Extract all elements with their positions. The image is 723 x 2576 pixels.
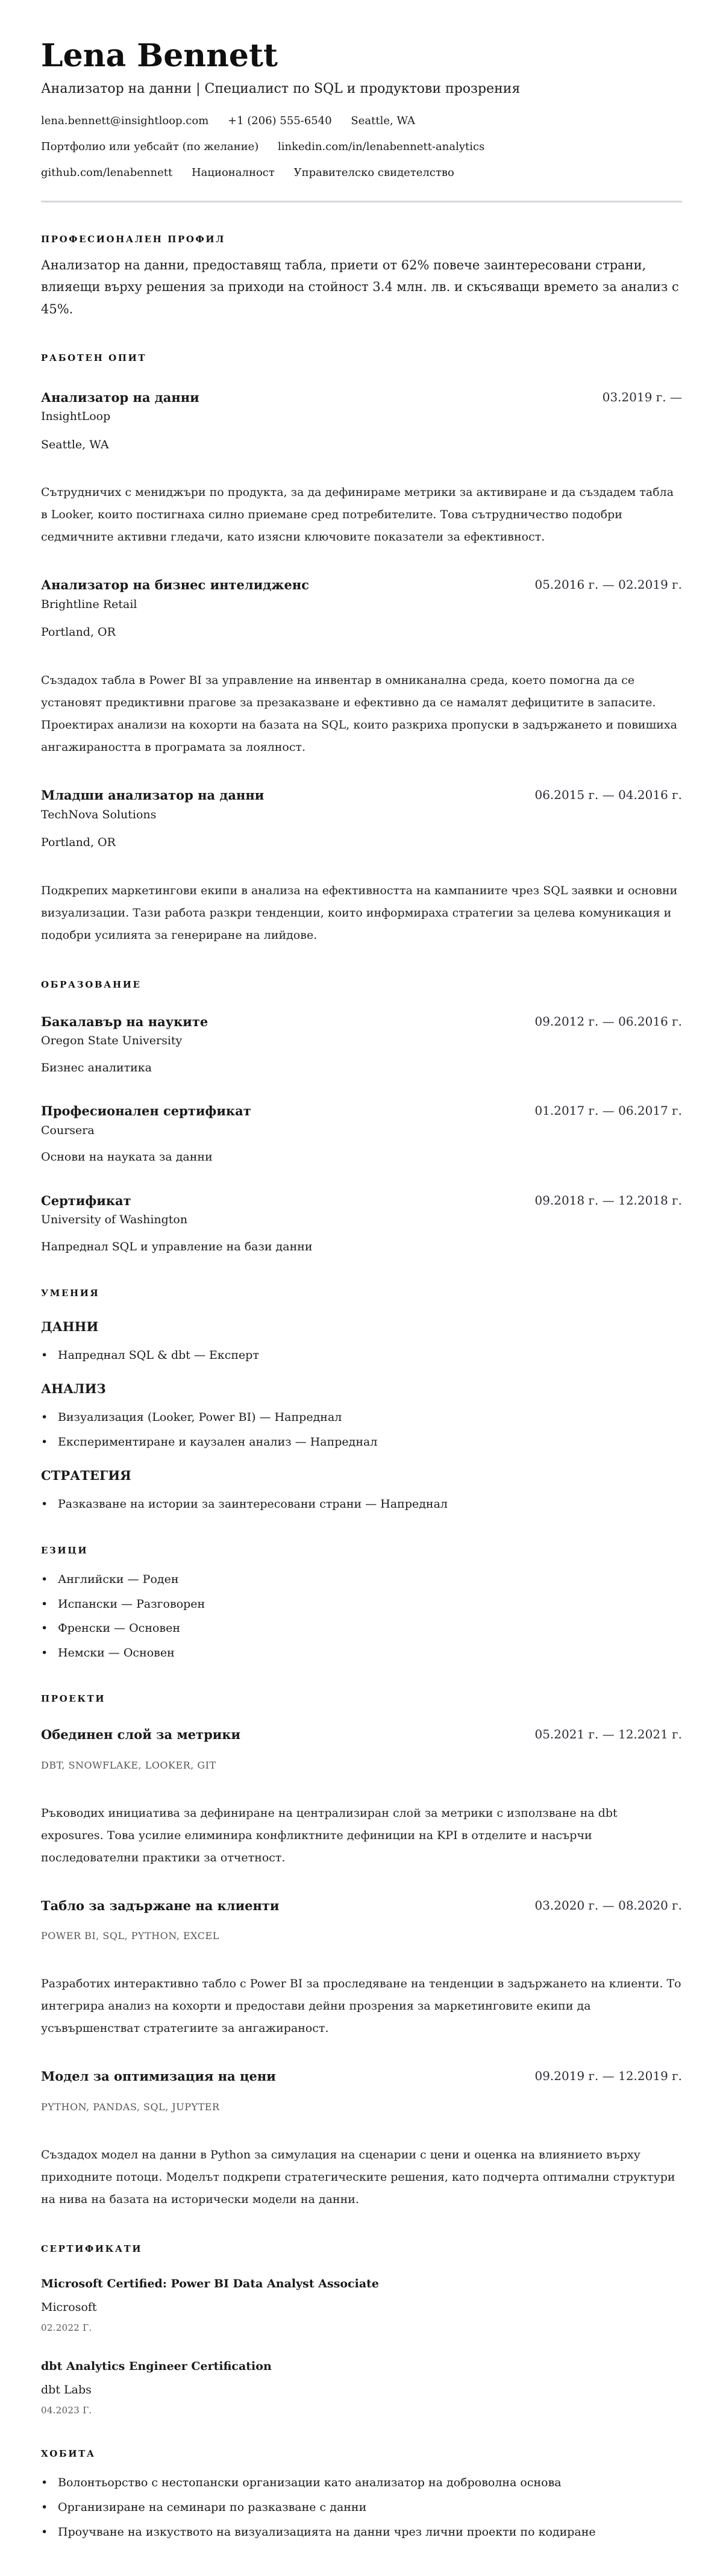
experience-entry: Младши анализатор на данни 06.2015 г. — … [41,786,682,947]
portfolio-link[interactable]: Портфолио или уебсайт (по желание) [41,140,258,153]
section-hobbies: ХОБИТА Волонтьорство с нестопански орган… [41,2448,682,2540]
project-tech-stack: POWER BI, SQL, PYTHON, EXCEL [41,1930,682,1941]
certificate-issuer: dbt Labs [41,2382,682,2398]
section-title: РАБОТЕН ОПИТ [41,353,682,363]
project-entry: Обединен слой за метрики 05.2021 г. — 12… [41,1726,682,1869]
job-location: Portland, OR [41,624,682,641]
education-dates: 09.2018 г. — 12.2018 г. [534,1192,682,1209]
contact-row: lena.bennett@insightloop.com +1 (206) 55… [41,113,682,128]
section-languages: ЕЗИЦИ Английски — Роден Испански — Разго… [41,1545,682,1661]
job-dates: 06.2015 г. — 04.2016 г. [534,786,682,803]
certificate-date: 04.2023 Г. [41,2405,682,2416]
project-tech-stack: DBT, SNOWFLAKE, LOOKER, GIT [41,1760,682,1771]
section-title: СЕРТИФИКАТИ [41,2243,682,2254]
skill-item: Експериментиране и каузален анализ — Нап… [41,1434,682,1450]
resume-page: Lena Bennett Анализатор на данни | Специ… [0,0,723,2576]
job-dates: 03.2019 г. — [602,389,682,406]
project-description: Ръководих инициатива за дефиниране на це… [41,1802,682,1869]
profile-summary: Анализатор на данни, предоставящ табла, … [41,254,682,319]
certificate-name: dbt Analytics Engineer Certification [41,2358,682,2375]
certificate-entry: dbt Analytics Engineer Certification dbt… [41,2358,682,2416]
certificate-name: Microsoft Certified: Power BI Data Analy… [41,2276,682,2292]
section-education: ОБРАЗОВАНИЕ Бакалавър на науките 09.2012… [41,979,682,1255]
language-item: Английски — Роден [41,1572,682,1588]
hobby-item: Организиране на семинари по разказване с… [41,2499,682,2516]
project-entry: Табло за задържане на клиенти 03.2020 г.… [41,1897,682,2040]
language-item: Испански — Разговорен [41,1596,682,1612]
nationality: Националност [192,166,275,179]
section-skills: УМЕНИЯ ДАННИ Напреднал SQL & dbt — Експе… [41,1288,682,1512]
hobby-item: Проучване на изкуството на визуализацият… [41,2524,682,2540]
certificate-issuer: Microsoft [41,2299,682,2316]
email-link[interactable]: lena.bennett@insightloop.com [41,114,208,127]
job-location: Seattle, WA [41,437,682,453]
education-entry: Бакалавър на науките 09.2012 г. — 06.201… [41,1013,682,1076]
section-title: ПРОФЕСИОНАЛЕН ПРОФИЛ [41,234,682,245]
project-dates: 05.2021 г. — 12.2021 г. [534,1726,682,1743]
hobby-item: Волонтьорство с нестопански организации … [41,2475,682,2491]
company-name: InsightLoop [41,409,682,425]
phone-link[interactable]: +1 (206) 555-6540 [228,114,332,127]
skill-group-title: АНАЛИЗ [41,1381,682,1396]
field-of-study: Бизнес аналитика [41,1060,682,1076]
field-of-study: Основи на науката за данни [41,1149,682,1165]
location: Seattle, WA [351,114,415,127]
project-dates: 03.2020 г. — 08.2020 г. [534,1897,682,1914]
job-dates: 05.2016 г. — 02.2019 г. [534,576,682,593]
skill-item: Напреднал SQL & dbt — Експерт [41,1347,682,1364]
project-entry: Модел за оптимизация на цени 09.2019 г. … [41,2067,682,2211]
drivers-license: Управителско свидетелство [294,166,454,179]
section-title: ПРОЕКТИ [41,1693,682,1704]
company-name: TechNova Solutions [41,807,682,823]
education-dates: 01.2017 г. — 06.2017 г. [534,1102,682,1119]
job-location: Portland, OR [41,835,682,851]
resume-header: Lena Bennett Анализатор на данни | Специ… [41,36,682,202]
language-item: Немски — Основен [41,1645,682,1661]
skill-item: Визуализация (Looker, Power BI) — Напред… [41,1409,682,1426]
school-name: Oregon State University [41,1033,682,1049]
section-title: ЕЗИЦИ [41,1545,682,1556]
skill-item: Разказване на истории за заинтересовани … [41,1496,682,1512]
contact-row: github.com/lenabennett Националност Упра… [41,165,682,180]
project-description: Разработих интерактивно табло с Power BI… [41,1973,682,2040]
school-name: Coursera [41,1123,682,1139]
section-profile: ПРОФЕСИОНАЛЕН ПРОФИЛ Анализатор на данни… [41,234,682,319]
github-link[interactable]: github.com/lenabennett [41,166,172,179]
field-of-study: Напреднал SQL и управление на бази данни [41,1239,682,1255]
section-experience: РАБОТЕН ОПИТ Анализатор на данни 03.2019… [41,353,682,947]
project-tech-stack: PYTHON, PANDAS, SQL, JUPYTER [41,2101,682,2113]
job-description: Създадох табла в Power BI за управление … [41,669,682,759]
skill-group: СТРАТЕГИЯ Разказване на истории за заинт… [41,1468,682,1512]
headline: Анализатор на данни | Специалист по SQL … [41,80,682,99]
project-description: Създадох модел на данни в Python за симу… [41,2144,682,2211]
section-title: ОБРАЗОВАНИЕ [41,979,682,990]
skill-group: ДАННИ Напреднал SQL & dbt — Експерт [41,1319,682,1364]
certificate-date: 02.2022 Г. [41,2322,682,2333]
skill-group-title: СТРАТЕГИЯ [41,1468,682,1483]
education-dates: 09.2012 г. — 06.2016 г. [534,1013,682,1030]
experience-entry: Анализатор на данни 03.2019 г. — Insight… [41,389,682,549]
section-projects: ПРОЕКТИ Обединен слой за метрики 05.2021… [41,1693,682,2211]
education-entry: Професионален сертификат 01.2017 г. — 06… [41,1102,682,1165]
skill-group: АНАЛИЗ Визуализация (Looker, Power BI) —… [41,1381,682,1450]
school-name: University of Washington [41,1212,682,1228]
skill-group-title: ДАННИ [41,1319,682,1334]
job-description: Подкрепих маркетингови екипи в анализа н… [41,880,682,947]
job-title: Анализатор на данни [41,389,682,406]
language-item: Френски — Основен [41,1620,682,1637]
project-dates: 09.2019 г. — 12.2019 г. [534,2067,682,2084]
experience-entry: Анализатор на бизнес интелидженс 05.2016… [41,576,682,759]
section-title: ХОБИТА [41,2448,682,2459]
candidate-name: Lena Bennett [41,36,682,75]
education-entry: Сертификат 09.2018 г. — 12.2018 г. Unive… [41,1192,682,1255]
linkedin-link[interactable]: linkedin.com/in/lenabennett-analytics [278,140,484,153]
contact-row: Портфолио или уебсайт (по желание) linke… [41,139,682,154]
job-description: Сътрудничих с мениджъри по продукта, за … [41,481,682,548]
header-divider [41,201,682,202]
section-certificates: СЕРТИФИКАТИ Microsoft Certified: Power B… [41,2243,682,2416]
section-title: УМЕНИЯ [41,1288,682,1299]
certificate-entry: Microsoft Certified: Power BI Data Analy… [41,2276,682,2333]
company-name: Brightline Retail [41,597,682,613]
